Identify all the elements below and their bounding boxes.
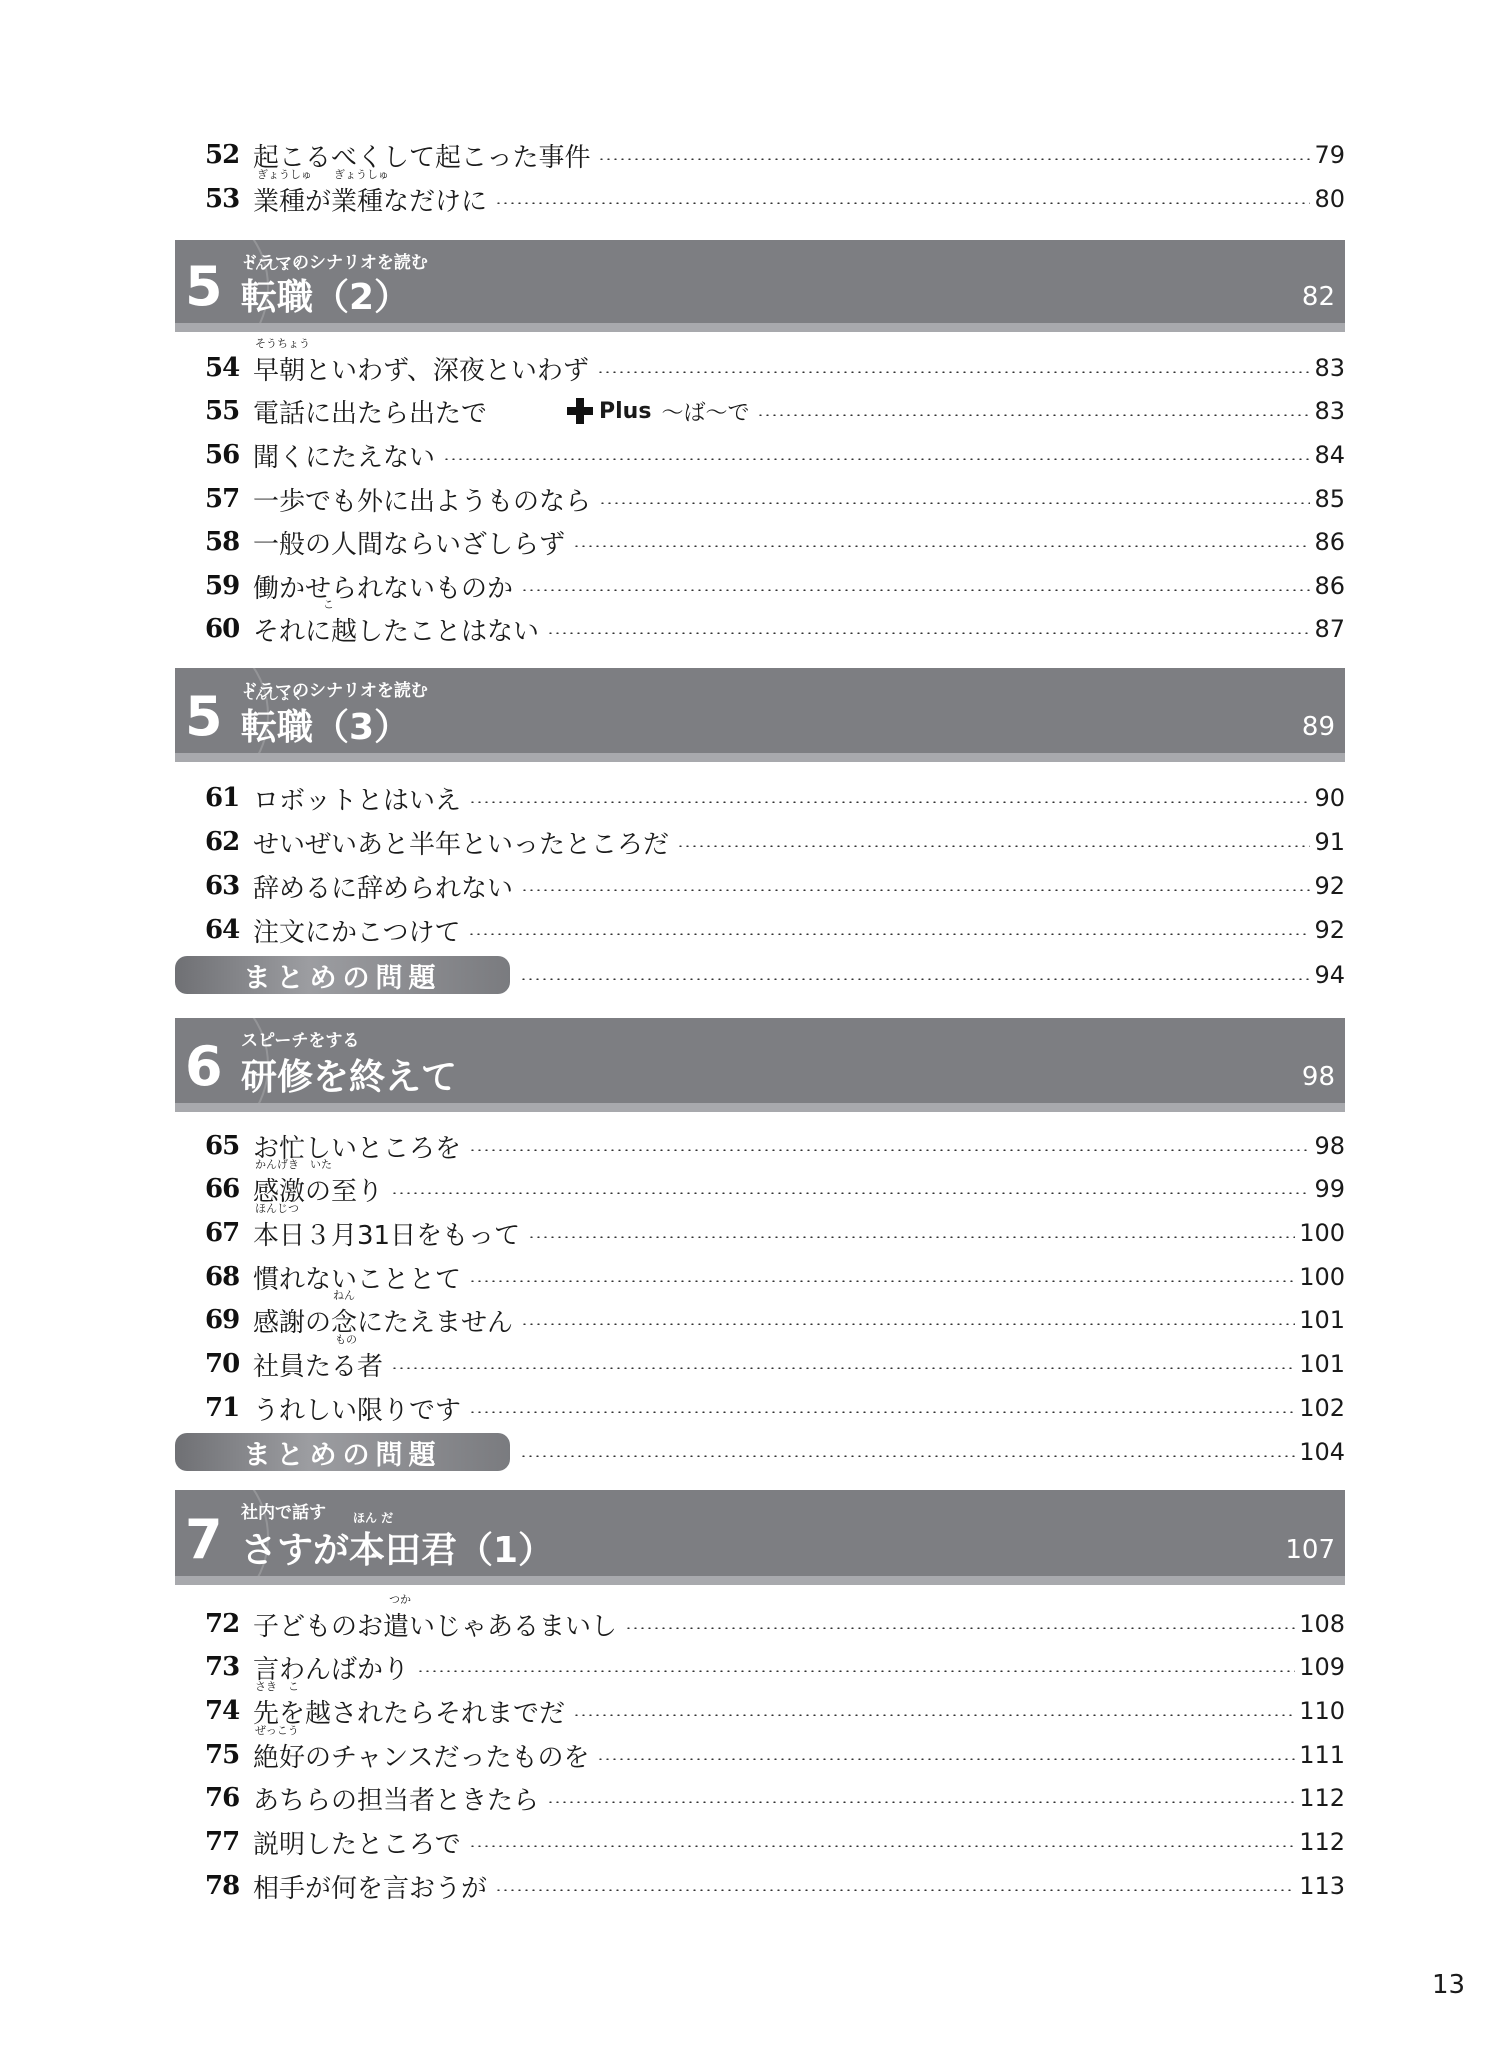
chapter-number: 5: [185, 255, 223, 318]
ruby-text: そうちょう: [255, 335, 310, 351]
entry-page: 101: [1299, 1306, 1345, 1334]
entry-title: つか子どものお遣いじゃあるまいし: [253, 1606, 617, 1643]
chapter-title: ほん ださすが本田君（1）: [241, 1522, 554, 1573]
ruby-text: ぜっこう: [255, 1722, 299, 1738]
dot-leader: [520, 978, 1310, 980]
entry-page: 98: [1314, 1132, 1345, 1160]
dot-leader: [573, 1714, 1295, 1716]
entry-title: 辞めるに辞められない: [253, 868, 513, 905]
entry-number: 66: [205, 1174, 253, 1204]
ruby-text: ねん: [333, 1287, 355, 1303]
dot-leader: [469, 1280, 1295, 1282]
chapter-subtitle: 社内で話す: [241, 1498, 326, 1523]
entry-page: 100: [1299, 1219, 1345, 1247]
ruby-text: ぎょうしゅ ぎょうしゅ: [257, 166, 389, 182]
entry-page: 109: [1299, 1653, 1345, 1681]
toc-entry[interactable]: 70 もの社員たる者 101: [205, 1344, 1345, 1384]
dot-leader: [757, 414, 1310, 416]
dot-leader: [469, 1149, 1310, 1151]
entry-page: 92: [1314, 872, 1345, 900]
dot-leader: [597, 1758, 1295, 1760]
entry-number: 76: [205, 1783, 253, 1813]
plus-icon: [567, 398, 593, 424]
entry-page: 108: [1299, 1610, 1345, 1638]
dot-leader: [528, 1236, 1295, 1238]
entry-title: ぜっこう絶好のチャンスだったものを: [253, 1737, 589, 1774]
entry-page: 99: [1314, 1175, 1345, 1203]
toc-entry[interactable]: 56 聞くにたえない 84: [205, 435, 1345, 475]
entry-number: 62: [205, 827, 253, 857]
entry-title: 説明したところで: [253, 1824, 461, 1861]
toc-entry[interactable]: 63 辞めるに辞められない 92: [205, 866, 1345, 906]
entry-number: 57: [205, 484, 253, 514]
entry-page: 85: [1314, 485, 1345, 513]
toc-entry[interactable]: 61 ロボットとはいえ 90: [205, 778, 1345, 818]
toc-entry[interactable]: 57 一歩でも外に出ようものなら 85: [205, 479, 1345, 519]
toc-entry[interactable]: 53 ぎょうしゅ ぎょうしゅ業種が業種なだけに 80: [205, 179, 1345, 219]
toc-entry[interactable]: 66 かんげき いた感激の至り 99: [205, 1169, 1345, 1209]
plus-note: Plus 〜ば〜で: [567, 396, 749, 427]
entry-number: 67: [205, 1218, 253, 1248]
dot-leader: [495, 202, 1310, 204]
toc-entry[interactable]: 55 電話に出たら出たで Plus 〜ば〜で 83: [205, 391, 1345, 431]
entry-title: 相手が何を言おうが: [253, 1868, 487, 1905]
plus-label: Plus: [599, 399, 651, 424]
entry-number: 58: [205, 527, 253, 557]
toc-entry[interactable]: 74 さき こ先を越されたらそれまでだ 110: [205, 1691, 1345, 1731]
entry-title: 電話に出たら出たで: [253, 393, 487, 430]
dot-leader: [573, 545, 1310, 547]
entry-number: 52: [205, 140, 253, 170]
dot-leader: [391, 1192, 1310, 1194]
entry-number: 59: [205, 571, 253, 601]
entry-title: 慣れないこととて: [253, 1259, 461, 1296]
entry-page: 80: [1314, 185, 1345, 213]
ruby-text: てんしょく: [243, 256, 303, 273]
entry-number: 65: [205, 1131, 253, 1161]
entry-title: せいぜいあと半年といったところだ: [253, 824, 669, 861]
toc-entry[interactable]: 75 ぜっこう絶好のチャンスだったものを 111: [205, 1735, 1345, 1775]
dot-leader: [520, 1455, 1295, 1457]
entry-title: 働かせられないものか: [253, 568, 513, 605]
ruby-text: さき こ: [255, 1678, 299, 1694]
chapter-title: てんしょく転職（2）: [241, 269, 410, 320]
dot-leader: [547, 632, 1310, 634]
entry-page: 84: [1314, 441, 1345, 469]
summary-entry[interactable]: まとめの問題 94: [175, 956, 1345, 994]
toc-entry[interactable]: 62 せいぜいあと半年といったところだ 91: [205, 822, 1345, 862]
entry-title: ほんじつ本日３月31日をもって: [253, 1215, 520, 1252]
entry-number: 73: [205, 1652, 253, 1682]
toc-entry[interactable]: 54 そうちょう早朝といわず、深夜といわず 83: [205, 348, 1345, 388]
toc-entry[interactable]: 69 ねん感謝の念にたえません 101: [205, 1300, 1345, 1340]
dot-leader: [521, 589, 1310, 591]
toc-entry[interactable]: 77 説明したところで 112: [205, 1822, 1345, 1862]
entry-number: 78: [205, 1871, 253, 1901]
entry-number: 53: [205, 184, 253, 214]
entry-page: 100: [1299, 1263, 1345, 1291]
entry-page: 111: [1299, 1741, 1345, 1769]
entry-title: もの社員たる者: [253, 1346, 383, 1383]
entry-page: 87: [1314, 615, 1345, 643]
dot-leader: [599, 502, 1310, 504]
entry-number: 63: [205, 871, 253, 901]
entry-page: 101: [1299, 1350, 1345, 1378]
toc-entry[interactable]: 67 ほんじつ本日３月31日をもって 100: [205, 1213, 1345, 1253]
chapter-header[interactable]: 6 スピーチをする 研修を終えて 98: [175, 1018, 1345, 1112]
entry-page: 86: [1314, 572, 1345, 600]
entry-title: そうちょう早朝といわず、深夜といわず: [253, 350, 589, 387]
chapter-header[interactable]: 5 ドラマのシナリオを読む てんしょく転職（2） 82: [175, 240, 1345, 332]
dot-leader: [391, 1367, 1295, 1369]
entry-number: 72: [205, 1609, 253, 1639]
entry-title: ねん感謝の念にたえません: [253, 1302, 513, 1339]
chapter-title: てんしょく転職（3）: [241, 699, 410, 750]
dot-leader: [547, 1801, 1295, 1803]
entry-page: 90: [1314, 784, 1345, 812]
entry-number: 71: [205, 1393, 253, 1423]
entry-number: 60: [205, 614, 253, 644]
entry-page: 112: [1299, 1828, 1345, 1856]
dot-leader: [598, 158, 1310, 160]
ruby-text: もの: [335, 1331, 357, 1347]
chapter-number: 7: [185, 1508, 223, 1571]
entry-number: 54: [205, 353, 253, 383]
summary-entry[interactable]: まとめの問題 104: [175, 1433, 1345, 1471]
entry-number: 64: [205, 915, 253, 945]
entry-page: 94: [1314, 961, 1345, 989]
entry-title: 一般の人間ならいざしらず: [253, 524, 565, 561]
entry-page: 113: [1299, 1872, 1345, 1900]
entry-page: 86: [1314, 528, 1345, 556]
toc-entry[interactable]: 64 注文にかこつけて 92: [205, 910, 1345, 950]
entry-number: 70: [205, 1349, 253, 1379]
ruby-text: ほんじつ: [255, 1200, 299, 1216]
dot-leader: [469, 801, 1310, 803]
entry-title: こそれに越したことはない: [253, 611, 539, 648]
entry-page: 83: [1314, 354, 1345, 382]
entry-number: 69: [205, 1305, 253, 1335]
entry-page: 102: [1299, 1394, 1345, 1422]
dot-leader: [597, 371, 1311, 373]
dot-leader: [468, 933, 1310, 935]
entry-number: 56: [205, 440, 253, 470]
ruby-text: つか: [389, 1591, 411, 1607]
entry-page: 112: [1299, 1784, 1345, 1812]
toc-entry[interactable]: 58 一般の人間ならいざしらず 86: [205, 522, 1345, 562]
dot-leader: [469, 1845, 1295, 1847]
entry-number: 68: [205, 1262, 253, 1292]
toc-entry[interactable]: 65 お忙しいところを 98: [205, 1126, 1345, 1166]
toc-entry[interactable]: 71 うれしい限りです 102: [205, 1388, 1345, 1428]
entry-number: 74: [205, 1696, 253, 1726]
entry-page: 91: [1314, 828, 1345, 856]
entry-page: 92: [1314, 916, 1345, 944]
entry-title: ロボットとはいえ: [253, 780, 461, 817]
entry-number: 61: [205, 783, 253, 813]
toc-entry[interactable]: 73 言わんばかり 109: [205, 1647, 1345, 1687]
chapter-title: 研修を終えて: [241, 1049, 457, 1100]
ruby-text: かんげき いた: [255, 1156, 332, 1172]
plus-text: 〜ば〜で: [661, 396, 749, 427]
entry-number: 55: [205, 396, 253, 426]
dot-leader: [625, 1627, 1295, 1629]
chapter-subtitle: スピーチをする: [241, 1026, 359, 1051]
chapter-page: 98: [1302, 1062, 1335, 1092]
entry-title: 聞くにたえない: [253, 437, 435, 474]
toc-entry[interactable]: 76 あちらの担当者ときたら 112: [205, 1778, 1345, 1818]
entry-page: 110: [1299, 1697, 1345, 1725]
dot-leader: [495, 1889, 1295, 1891]
toc-entry[interactable]: 59 働かせられないものか 86: [205, 566, 1345, 606]
entry-title: あちらの担当者ときたら: [253, 1780, 539, 1817]
ruby-text: てんしょく: [243, 686, 303, 703]
chapter-page: 89: [1302, 712, 1335, 742]
dot-leader: [443, 458, 1310, 460]
entry-title: 注文にかこつけて: [253, 912, 460, 949]
summary-pill: まとめの問題: [175, 956, 510, 994]
entry-number: 77: [205, 1827, 253, 1857]
dot-leader: [469, 1411, 1295, 1413]
chapter-header[interactable]: 7 社内で話す ほん ださすが本田君（1） 107: [175, 1490, 1345, 1585]
ruby-text: ほん だ: [353, 1509, 393, 1526]
chapter-page: 107: [1285, 1535, 1335, 1565]
summary-pill: まとめの問題: [175, 1433, 510, 1471]
entry-title: さき こ先を越されたらそれまでだ: [253, 1693, 565, 1730]
toc-entry[interactable]: 78 相手が何を言おうが 113: [205, 1866, 1345, 1906]
toc-entry[interactable]: 60 こそれに越したことはない 87: [205, 609, 1345, 649]
entry-title: うれしい限りです: [253, 1390, 461, 1427]
toc-entry[interactable]: 72 つか子どものお遣いじゃあるまいし 108: [205, 1604, 1345, 1644]
ruby-text: こ: [323, 596, 334, 612]
chapter-header[interactable]: 5 ドラマのシナリオを読む てんしょく転職（3） 89: [175, 668, 1345, 762]
chapter-number: 5: [185, 685, 223, 748]
entry-page: 83: [1314, 397, 1345, 425]
chapter-number: 6: [185, 1035, 223, 1098]
chapter-page: 82: [1302, 282, 1335, 312]
entry-page: 104: [1299, 1438, 1345, 1466]
dot-leader: [521, 1323, 1295, 1325]
entry-number: 75: [205, 1740, 253, 1770]
dot-leader: [677, 845, 1310, 847]
toc-entry[interactable]: 68 慣れないこととて 100: [205, 1257, 1345, 1297]
entry-title: ぎょうしゅ ぎょうしゅ業種が業種なだけに: [253, 181, 487, 218]
page-number: 13: [1432, 1970, 1465, 2000]
dot-leader: [417, 1670, 1295, 1672]
dot-leader: [521, 889, 1310, 891]
entry-title: 一歩でも外に出ようものなら: [253, 481, 591, 518]
entry-page: 79: [1314, 141, 1345, 169]
